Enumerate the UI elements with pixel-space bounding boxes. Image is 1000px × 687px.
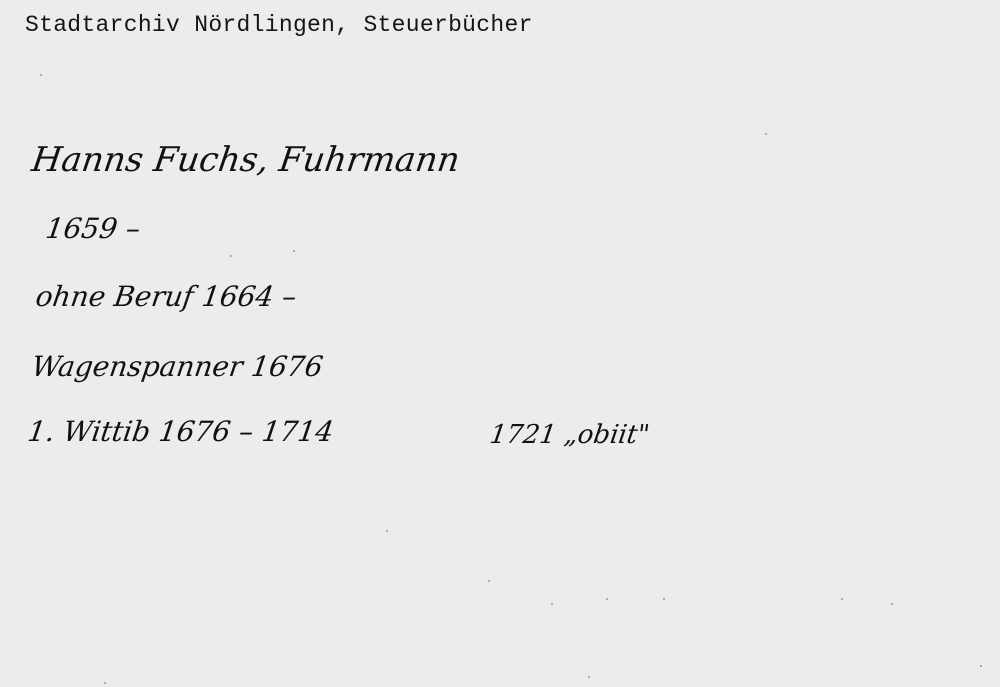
handwritten-without-profession: ohne Beruf 1664 – [34,280,299,313]
handwritten-year-start: 1659 – [44,212,143,245]
scan-speck [588,676,590,678]
scan-speck [488,580,490,582]
scan-speck [230,255,232,257]
scan-speck [386,530,388,532]
scan-speck [293,250,295,252]
handwritten-name-occupation: Hanns Fuchs, Fuhrmann [29,140,462,180]
scan-speck [104,682,106,684]
handwritten-death-note: 1721 „obiit" [488,420,651,450]
scan-speck [663,598,665,600]
scan-speck [40,74,42,76]
scan-speck [980,665,982,667]
scan-speck [551,603,553,605]
handwritten-widow-years: 1. Wittib 1676 – 1714 [26,415,336,448]
typed-archive-header: Stadtarchiv Nördlingen, Steuerbücher [25,12,533,38]
scan-speck [891,603,893,605]
archive-index-card: Stadtarchiv Nördlingen, Steuerbücher Han… [0,0,1000,687]
handwritten-wagon-driver: Wagenspanner 1676 [30,350,325,383]
scan-speck [841,598,843,600]
scan-speck [606,598,608,600]
scan-speck [765,133,767,135]
